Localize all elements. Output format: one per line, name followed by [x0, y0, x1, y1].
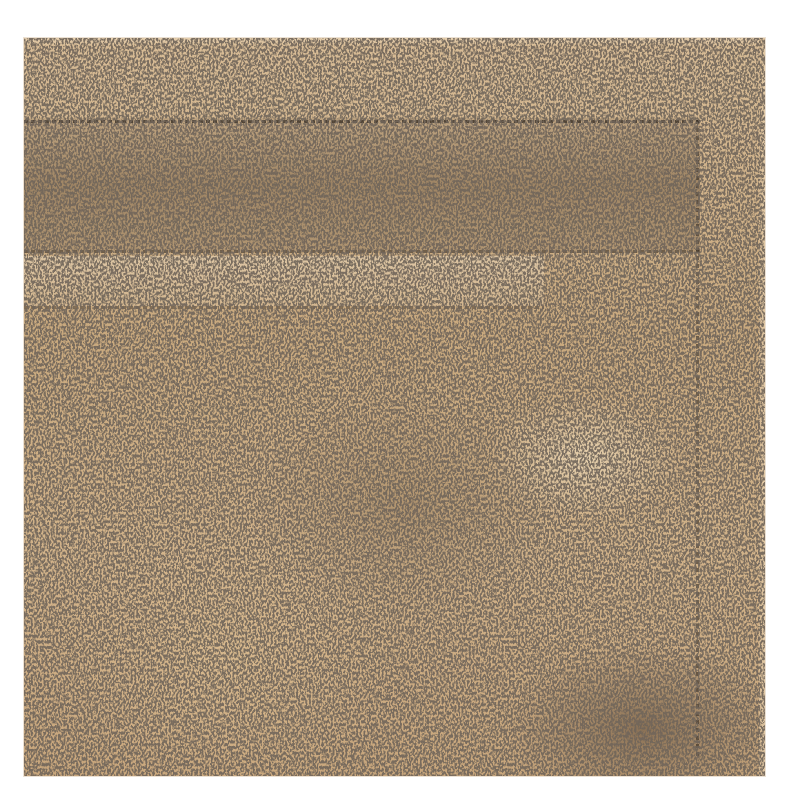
rug-speckle-texture — [24, 38, 765, 776]
rug-image — [24, 38, 765, 776]
